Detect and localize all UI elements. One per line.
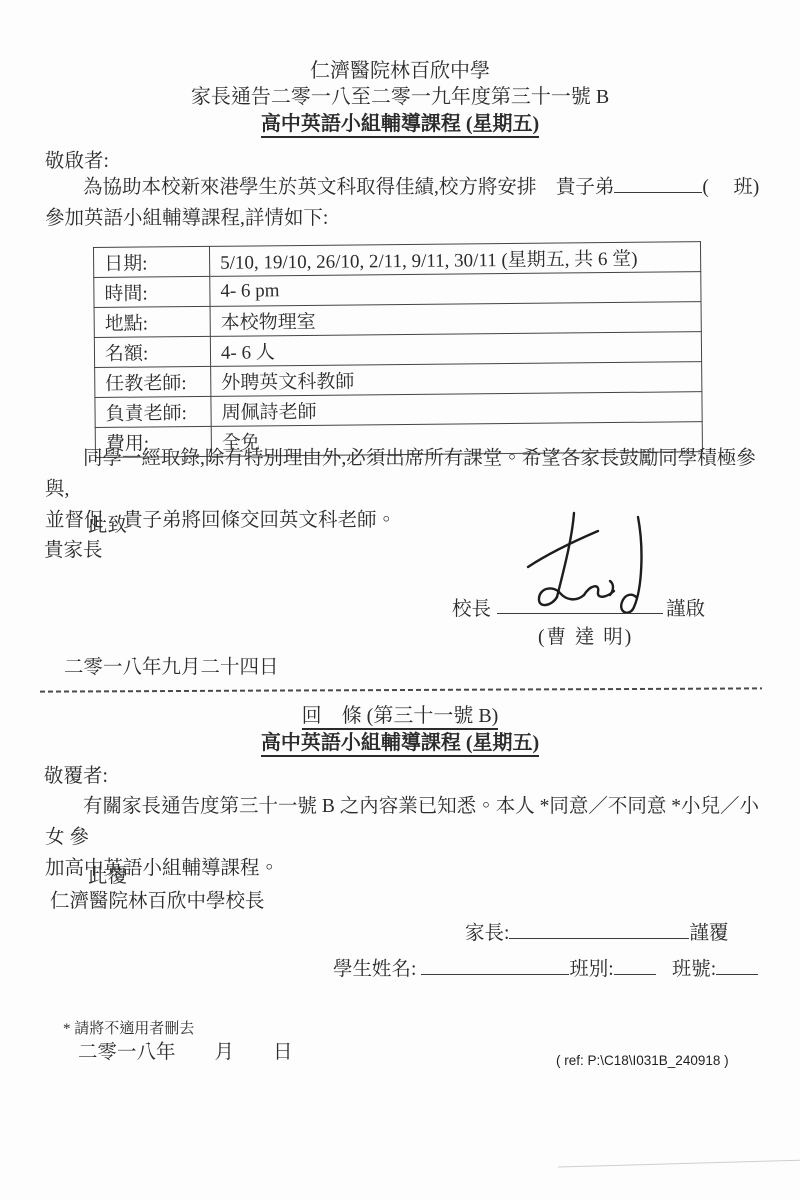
table-label: 負責老師: xyxy=(95,396,211,427)
reply-addressee: 仁濟醫院林百欣中學校長 xyxy=(50,886,265,917)
principal-label: 校長 xyxy=(452,594,491,625)
notice-title: 高中英語小組輔導課程 (星期五) xyxy=(0,111,800,137)
student-name-field-blank xyxy=(421,957,569,975)
school-name: 仁濟醫院林百欣中學 xyxy=(0,58,800,84)
table-value: 4- 6 人 xyxy=(210,332,701,367)
reply-date-line: 二零一八年 月 日 xyxy=(78,1037,293,1068)
details-table: 日期:5/10, 19/10, 26/10, 2/11, 9/11, 30/11… xyxy=(93,241,703,458)
table-value: 5/10, 19/10, 26/10, 2/11, 9/11, 30/11 (星… xyxy=(209,242,700,277)
notice-title-text: 高中英語小組輔導課程 (星期五) xyxy=(261,113,539,138)
recipient: 貴家長 xyxy=(44,535,103,566)
intro-text-lead: 為協助本校新來港學生於英文科取得佳績,校方將安排 貴子弟 xyxy=(83,177,614,198)
reply-slip-title-text: 回 條 (第三十一號 B) xyxy=(302,705,499,730)
reply-body-line2: 加高中英語小組輔導課程。 xyxy=(45,858,279,879)
notice-date: 二零一八年九月二十四日 xyxy=(64,652,279,683)
ref-code: ( ref: P:\C18\I031B_240918 ) xyxy=(556,1053,729,1068)
class-no-field-blank xyxy=(716,957,758,975)
class-field-blank xyxy=(614,957,656,975)
reply-slip-subtitle-text: 高中英語小組輔導課程 (星期五) xyxy=(261,732,539,757)
table-value: 外聘英文科教師 xyxy=(211,362,702,397)
intro-paragraph: 為協助本校新來港學生於英文科取得佳績,校方將安排 貴子弟( 班) 參加英語小組輔… xyxy=(45,172,760,234)
reply-body: 有關家長通告度第三十一號 B 之內容業已知悉。本人 *同意／不同意 *小兒／小女… xyxy=(45,791,760,884)
principal-signoff: 謹啟 xyxy=(666,594,705,625)
intro-text-tail: ( 班) xyxy=(702,177,759,198)
student-name-blank xyxy=(614,175,702,193)
principal-name: (曹 達 明) xyxy=(538,622,633,653)
principal-signature-line xyxy=(497,596,663,614)
table-label: 地點: xyxy=(94,306,210,337)
reply-slip-header: 回 條 (第三十一號 B) 高中英語小組輔導課程 (星期五) xyxy=(0,703,800,756)
table-value: 4- 6 pm xyxy=(210,272,701,307)
intro-text-line2: 參加英語小組輔導課程,詳情如下: xyxy=(45,208,328,229)
reply-slip-title: 回 條 (第三十一號 B) xyxy=(0,703,800,729)
parent-sign-row: 家長:謹覆 xyxy=(465,918,728,949)
table-value: 本校物理室 xyxy=(210,302,701,337)
table-label: 名額: xyxy=(94,336,210,367)
table-value: 周佩詩老師 xyxy=(211,392,702,427)
scan-artifact-line xyxy=(558,1160,800,1168)
notice-number-line: 家長通告二零一八至二零一九年度第三十一號 B xyxy=(0,84,800,110)
class-no-label: 班號: xyxy=(672,959,716,980)
document-header: 仁濟醫院林百欣中學 家長通告二零一八至二零一九年度第三十一號 B 高中英語小組輔… xyxy=(0,58,800,137)
table-label: 任教老師: xyxy=(95,366,211,397)
attendance-line1: 同學一經取錄,除有特別理由外,必須出席所有課堂。希望各家長鼓勵同學積極參與, xyxy=(45,448,756,500)
reply-slip-subtitle: 高中英語小組輔導課程 (星期五) xyxy=(0,730,800,756)
student-name-label: 學生姓名: xyxy=(333,959,416,980)
footnote-delete-inapplicable: * 請將不適用者刪去 xyxy=(63,1017,194,1038)
separator-dashed-line xyxy=(40,687,762,692)
table-label: 時間: xyxy=(94,276,210,307)
parent-sign-label: 家長: xyxy=(465,923,509,944)
table-label: 日期: xyxy=(93,246,209,277)
parent-sign-blank xyxy=(509,921,689,939)
parent-signoff: 謹覆 xyxy=(689,923,728,944)
notice-document: 仁濟醫院林百欣中學 家長通告二零一八至二零一九年度第三十一號 B 高中英語小組輔… xyxy=(0,0,800,1200)
student-info-row: 學生姓名: 班別:班號: xyxy=(333,954,758,985)
class-label: 班別: xyxy=(569,959,613,980)
reply-salutation: 敬覆者: xyxy=(44,761,108,792)
reply-body-line1: 有關家長通告度第三十一號 B 之內容業已知悉。本人 *同意／不同意 *小兒／小女… xyxy=(45,796,759,848)
